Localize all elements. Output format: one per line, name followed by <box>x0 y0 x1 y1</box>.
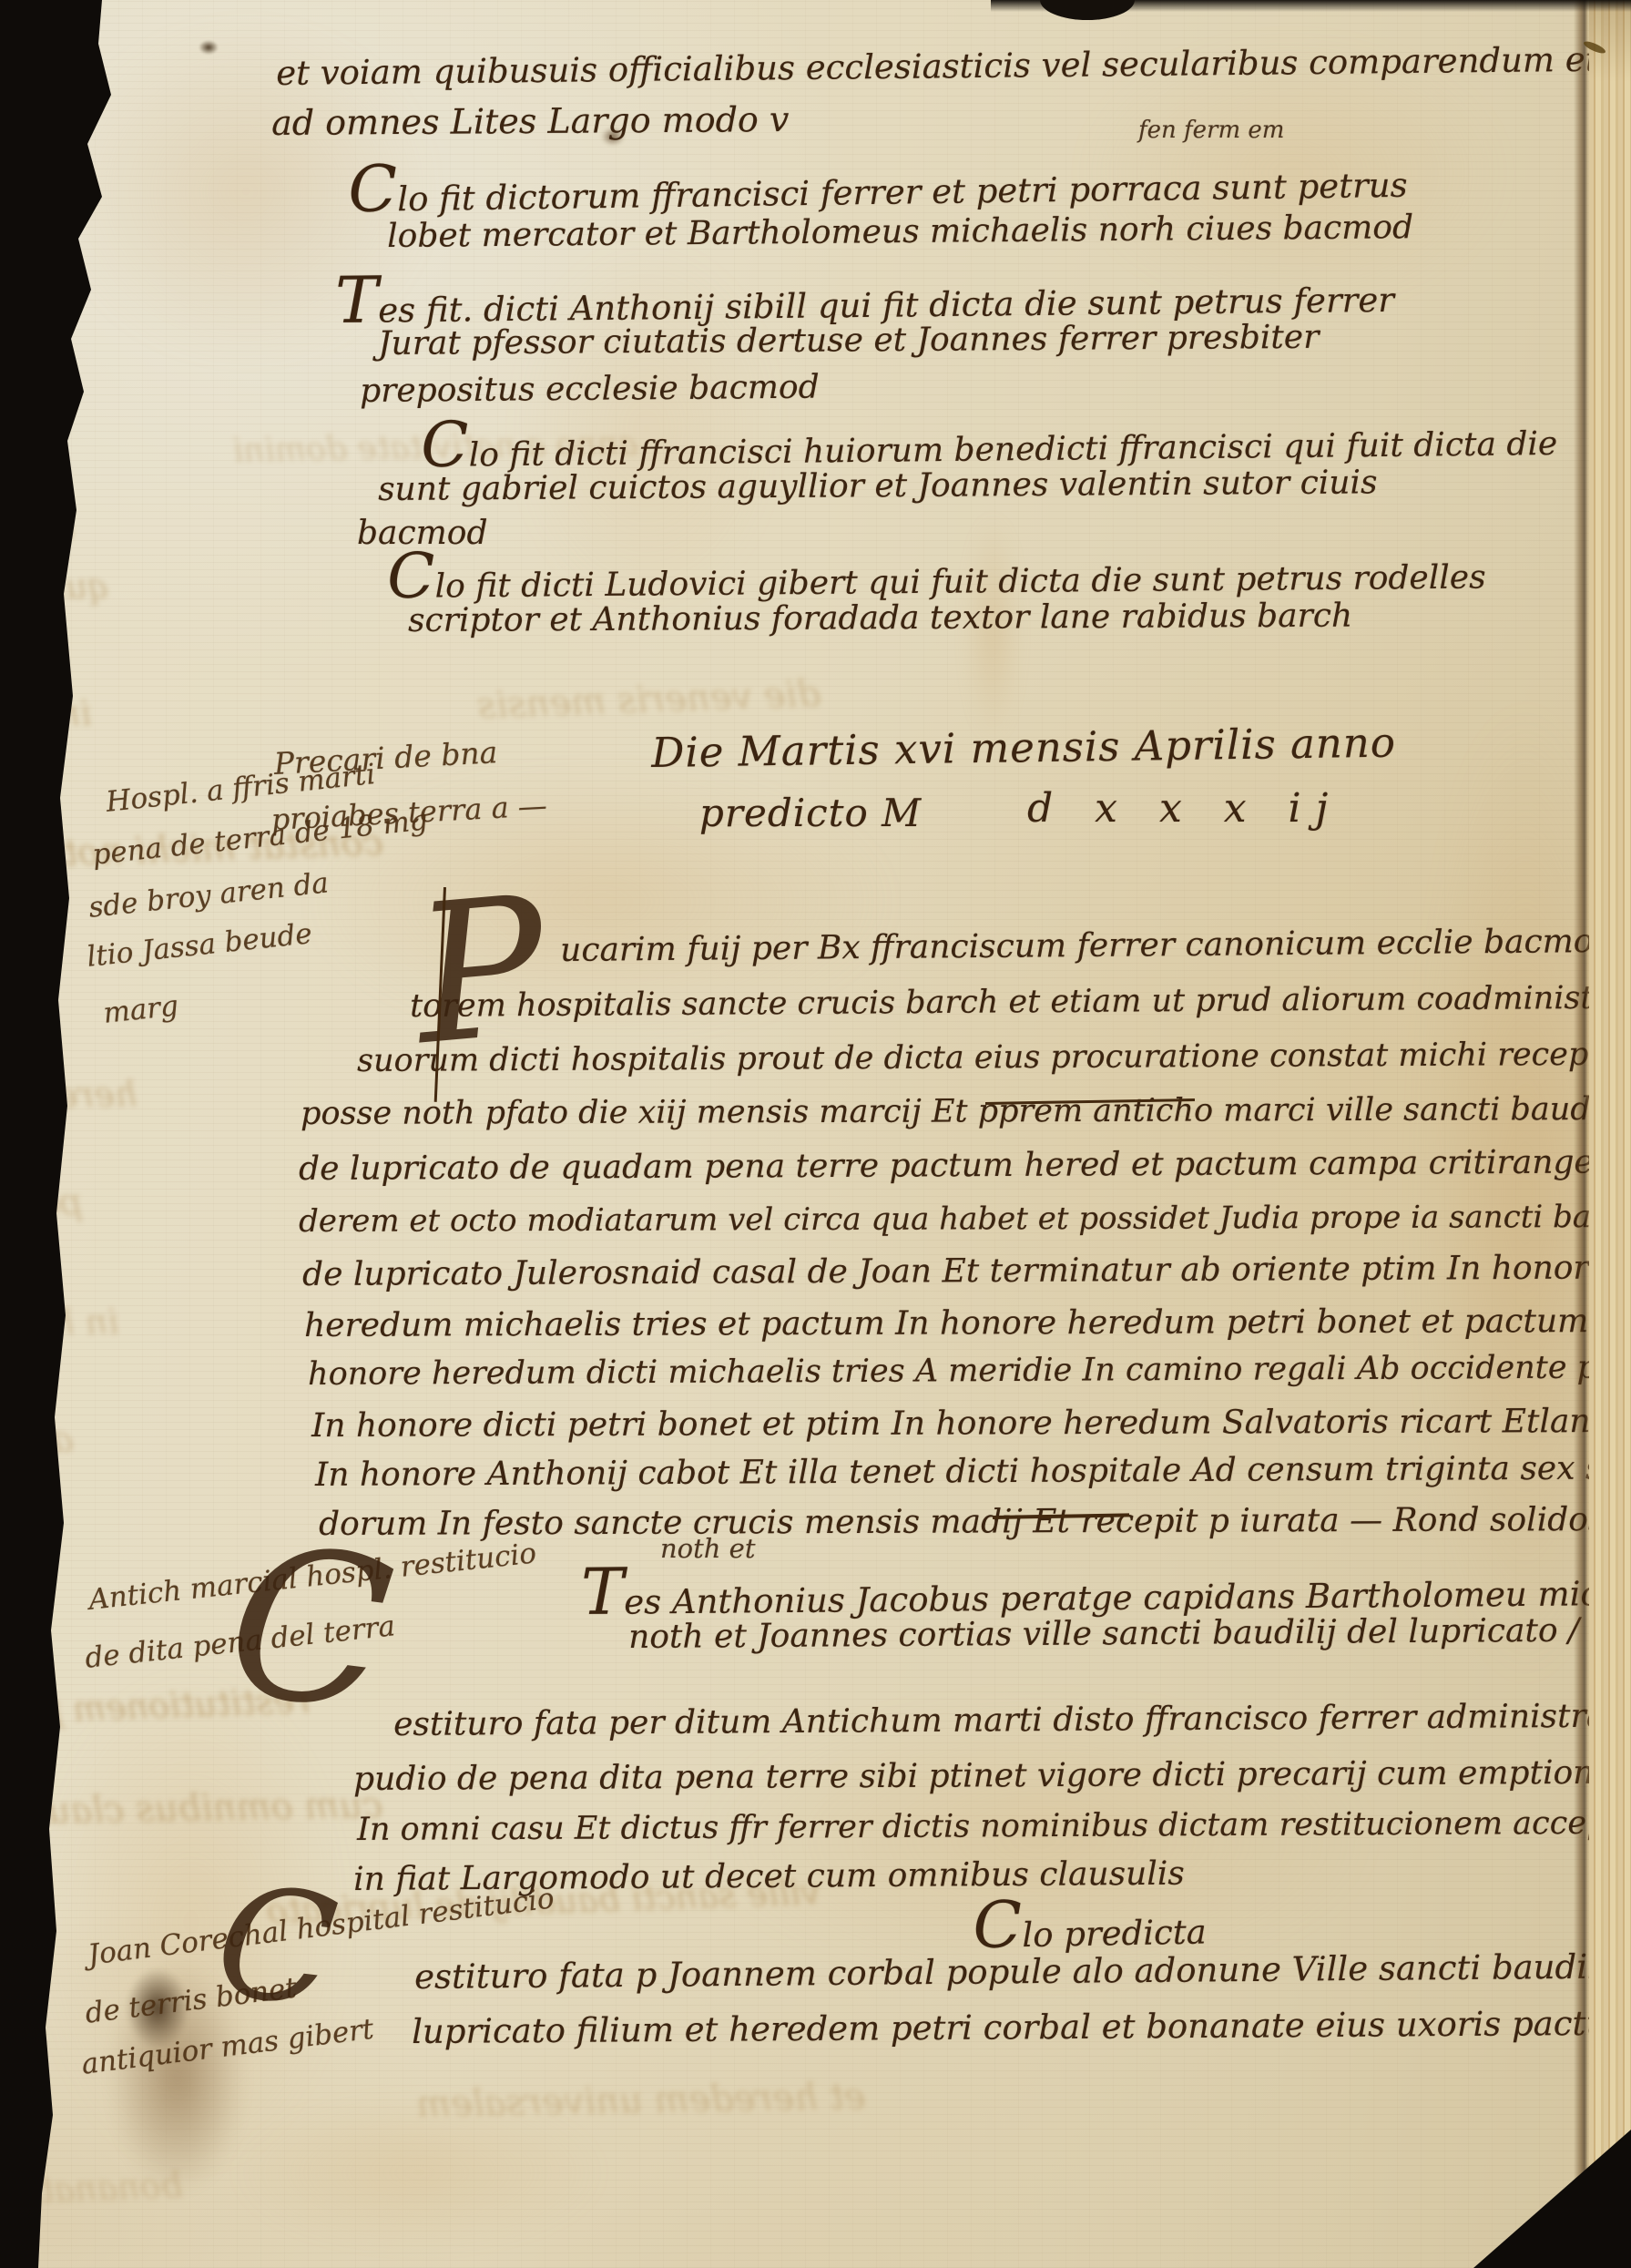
text-line: In omni casu Et dictus ffr ferrer dictis… <box>357 1807 1631 1846</box>
margin-note-line: ltio Jassa beude <box>86 920 313 972</box>
text-line: noth et <box>660 1536 756 1562</box>
text-line: estituro fata p Joannem corbal popule al… <box>414 1949 1631 1994</box>
text-line: Clo fit dicti Ludovici gibert qui fuit d… <box>387 544 1486 604</box>
ghost-text-line: omnes et singulos dictos <box>0 510 74 562</box>
text-line: ucarim fuij per Bx ffranciscum ferrer ca… <box>560 924 1631 967</box>
text-line: Clo predicta <box>973 1898 1207 1953</box>
ink-text-layer: et voiam quibusuis officialibus ecclesia… <box>0 0 1589 2268</box>
text-line: prepositus ecclesie bacmod <box>360 372 820 408</box>
ghost-text-line: et singulis presentibus <box>0 632 65 683</box>
text-line: sunt gabriel cuictos aguyllior et Joanne… <box>378 466 1378 506</box>
text-line: In honore dicti petri bonet et ptim In h… <box>311 1405 1631 1443</box>
roman-numeral-year: d x x x ij <box>1027 789 1342 829</box>
text-line: scriptor et Anthonius foradada textor la… <box>408 600 1352 638</box>
text-line: In honore Anthonij cabot Et illa tenet d… <box>315 1452 1631 1492</box>
text-line: noth et Joannes cortias ville sancti bau… <box>628 1615 1579 1654</box>
text-line: honore heredum dicti michaelis tries A m… <box>308 1352 1631 1391</box>
margin-note-line: pena de terra de 18 mg <box>91 806 429 869</box>
text-line: estituro fata per ditum Antichum marti d… <box>393 1700 1631 1742</box>
photo-background: omnes et singulos dictosquibus dictis he… <box>0 0 1631 2268</box>
text-line: predicto M <box>699 794 922 833</box>
margin-note-line: sde broy aren da <box>87 869 330 922</box>
manuscript-page: omnes et singulos dictosquibus dictis he… <box>0 0 1589 2268</box>
initial-p-flourish: P <box>408 871 553 1073</box>
text-line: Tes Anthonius Jacobus peratge capidans B… <box>581 1558 1631 1619</box>
text-line: dorum In festo sancte crucis mensis madi… <box>319 1504 1605 1541</box>
text-line: Clo fit dictorum ffrancisci ferrer et pe… <box>348 151 1408 217</box>
text-line: Jurat pfessor ciutatis dertuse et Joanne… <box>378 322 1319 361</box>
text-line: ad omnes Lites Largo modo v <box>271 102 790 140</box>
text-line: fen ferm em <box>1138 118 1284 142</box>
text-line: posse noth pfato die xiij mensis marcij … <box>301 1094 1631 1130</box>
text-line: lobet mercator et Bartholomeus michaelis… <box>387 211 1413 253</box>
initial-r-flourish: C <box>219 1516 402 1742</box>
text-line: Die Martis xvi mensis Aprilis anno <box>651 722 1396 773</box>
text-line: derem et octo modiatarum vel circa qua h… <box>299 1201 1631 1237</box>
text-line: lupricato filium et heredem petri corbal… <box>412 2007 1631 2048</box>
text-line: Clo fit dicti ffrancisci huiorum benedic… <box>421 411 1557 473</box>
initial-c-flourish: C <box>209 1864 344 2029</box>
text-line: de lupricato Julerosnaid casal de Joan E… <box>302 1251 1608 1292</box>
text-line: torem hospitalis sancte crucis barch et … <box>410 982 1631 1023</box>
margin-note-line: marg <box>102 992 179 1027</box>
text-line: et voiam quibusuis officialibus ecclesia… <box>276 43 1599 90</box>
book-page-edges <box>1589 0 1631 2268</box>
text-line: pudio de pena dita pena terre sibi ptine… <box>353 1757 1614 1796</box>
text-line: heredum michaelis tries et pactum In hon… <box>304 1305 1631 1343</box>
text-line: de lupricato de quadam pena terre pactum… <box>299 1147 1594 1186</box>
